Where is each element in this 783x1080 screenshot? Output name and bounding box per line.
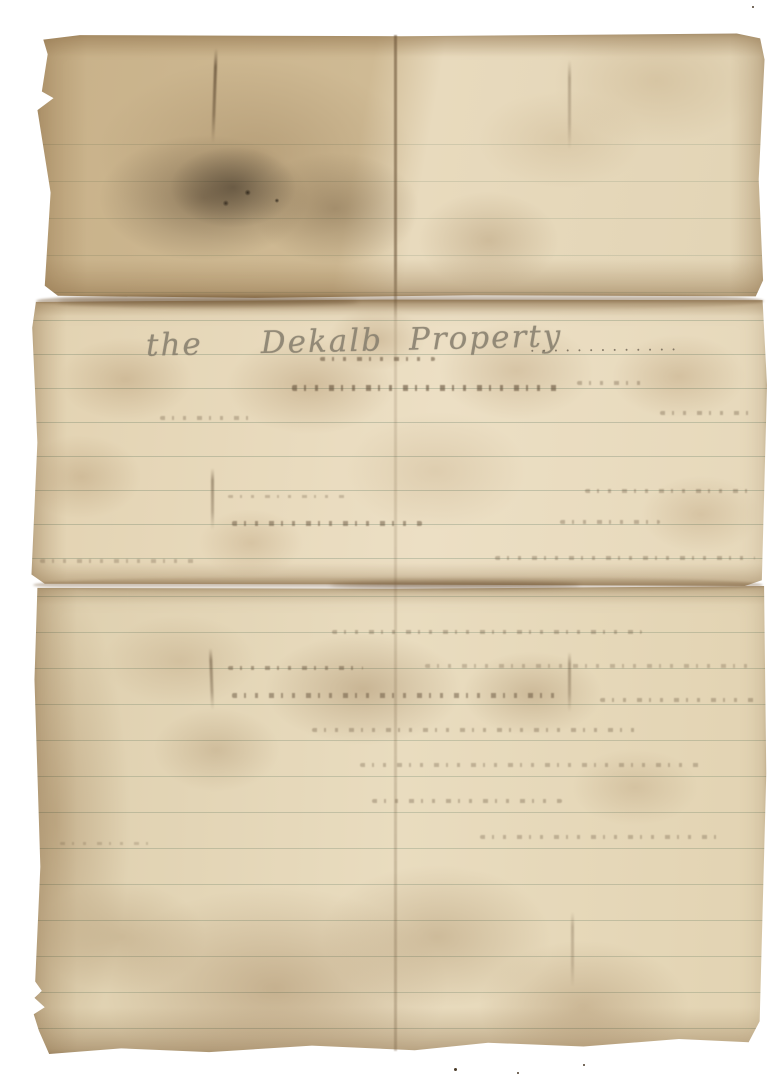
ink-smudge-row — [320, 357, 435, 361]
paper-crease — [568, 60, 571, 150]
ink-smudge-row — [577, 381, 649, 385]
ink-smudge-row — [228, 495, 348, 498]
document-photo: the Dekalb Property ············· — [0, 0, 783, 1080]
ink-smudge-row — [425, 664, 755, 668]
ink-smudge-row — [660, 411, 755, 415]
ink-smudge-row — [228, 666, 363, 670]
dust-speck — [517, 1072, 519, 1074]
ink-smudge-row — [495, 556, 755, 560]
paper-crease — [571, 912, 574, 987]
ink-smudge-row — [60, 842, 150, 845]
handwriting-trailing-dots: ············· — [530, 340, 730, 360]
ink-smudge-row — [332, 630, 642, 634]
ink-smudge-row — [372, 799, 562, 803]
paper-crease — [568, 652, 571, 712]
ink-smudge-row — [232, 693, 562, 698]
fold-crease-lower-stain — [330, 581, 580, 589]
ruled-lines-overlay-top — [36, 144, 766, 299]
fold-crease-upper-stain — [58, 297, 358, 306]
ink-smudge-row — [40, 559, 200, 563]
ink-smudge-row — [292, 385, 560, 391]
ink-smudge-row — [585, 489, 755, 493]
dust-speck — [454, 1068, 457, 1071]
dust-speck — [583, 1064, 585, 1066]
ink-smudge-row — [560, 520, 660, 524]
paper-bottom-section — [33, 586, 767, 1054]
ink-smudge-row — [360, 763, 700, 767]
ink-smudge-row — [312, 728, 642, 732]
handwriting-word-dekalb: Dekalb — [260, 325, 383, 359]
paper-crease — [211, 468, 214, 530]
ink-smudge-row — [600, 698, 760, 702]
dust-speck — [752, 6, 754, 8]
ink-smudge-row — [160, 416, 255, 420]
fold-crease-vertical-center — [394, 35, 397, 1051]
ink-smudge-row — [480, 835, 720, 839]
handwriting-word-the: the — [146, 329, 203, 361]
ink-smudge-row — [232, 521, 422, 526]
paper-top-flap — [36, 33, 766, 299]
